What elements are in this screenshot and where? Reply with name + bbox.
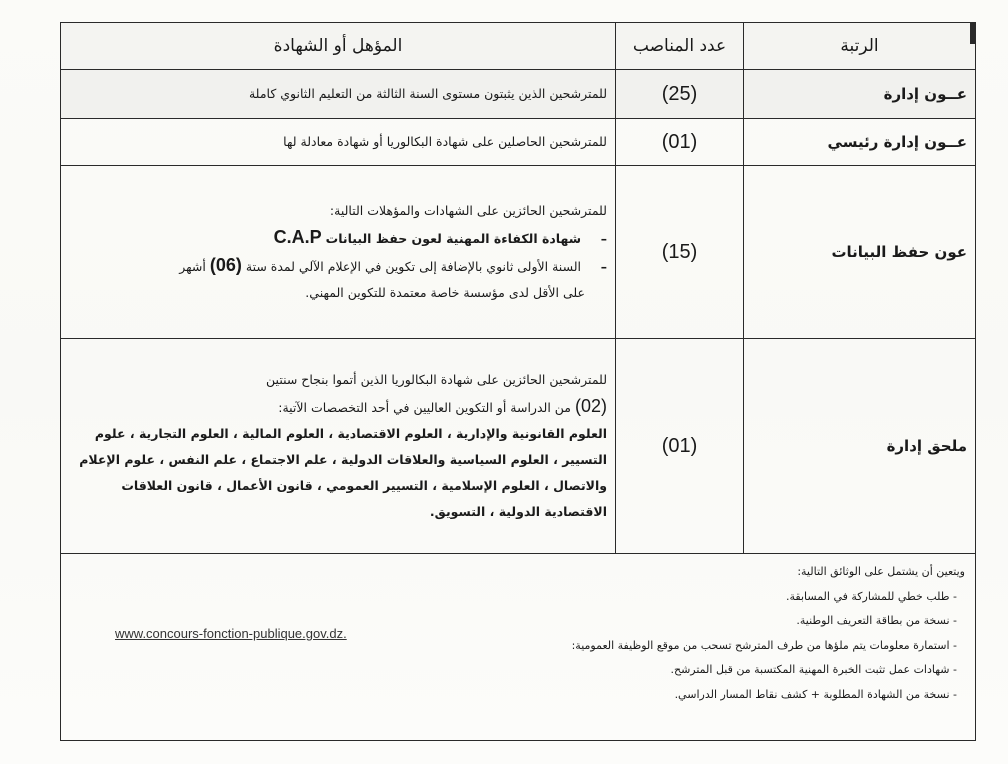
specialties-list: العلوم القانونية والإدارية ، العلوم الاق… (69, 421, 607, 525)
qualification-bullet: – السنة الأولى ثانوي بالإضافة إلى تكوين … (69, 252, 607, 280)
qualification-cell: للمترشحين الذين يثبتون مستوى السنة الثال… (61, 70, 616, 119)
qualification-cell: للمترشحين الحائزين على الشهادات والمؤهلا… (61, 166, 616, 339)
table-row: عــون إدارة (25) للمترشحين الذين يثبتون … (61, 70, 976, 119)
recruitment-table: الرتبة عدد المناصب المؤهل أو الشهادة عــ… (60, 22, 976, 741)
header-grade: الرتبة (744, 23, 976, 70)
qualification-intro: للمترشحين الحائزين على الشهادات والمؤهلا… (69, 198, 607, 224)
qualification-bullet: – شهادة الكفاءة المهنية لعون حفظ البيانا… (69, 224, 607, 252)
document-item: - نسخة من الشهادة المطلوبة + كشف نقاط ال… (61, 683, 965, 708)
qualification-cell: للمترشحين الحائزين على شهادة البكالوريا … (61, 339, 616, 554)
table-header-row: الرتبة عدد المناصب المؤهل أو الشهادة (61, 23, 976, 70)
document-item: - طلب خطي للمشاركة في المسابقة. (61, 585, 965, 610)
cap-code: C.A.P (274, 227, 322, 247)
qualification-line: للمترشحين الحائزين على شهادة البكالوريا … (69, 367, 607, 393)
grade-cell: عــون إدارة رئيسي (744, 119, 976, 166)
count-cell: (01) (616, 339, 744, 554)
document-item: - شهادات عمل تثبت الخبرة المهنية المكتسب… (61, 658, 965, 683)
grade-cell: عون حفظ البيانات (744, 166, 976, 339)
qualification-bullet-continuation: على الأقل لدى مؤسسة خاصة معتمدة للتكوين … (69, 280, 607, 306)
dash-bullet-icon: – (585, 226, 607, 252)
qualification-line: (02) من الدراسة أو التكوين العاليين في أ… (69, 393, 607, 421)
header-count: عدد المناصب (616, 23, 744, 70)
table-row: عون حفظ البيانات (15) للمترشحين الحائزين… (61, 166, 976, 339)
documents-cell: ويتعين أن يشتمل على الوثائق التالية: - ط… (61, 554, 976, 741)
count-cell: (25) (616, 70, 744, 119)
website-link[interactable]: www.concours-fonction-publique.gov.dz. (115, 626, 347, 641)
corner-mark (970, 22, 976, 44)
count-cell: (01) (616, 119, 744, 166)
header-qualification: المؤهل أو الشهادة (61, 23, 616, 70)
count-cell: (15) (616, 166, 744, 339)
qualification-cell: للمترشحين الحاصلين على شهادة البكالوريا … (61, 119, 616, 166)
dash-bullet-icon: – (585, 254, 607, 280)
documents-intro: ويتعين أن يشتمل على الوثائق التالية: (61, 560, 965, 585)
grade-cell: عــون إدارة (744, 70, 976, 119)
documents-row: ويتعين أن يشتمل على الوثائق التالية: - ط… (61, 554, 976, 741)
table-row: ملحق إدارة (01) للمترشحين الحائزين على ش… (61, 339, 976, 554)
grade-cell: ملحق إدارة (744, 339, 976, 554)
table-row: عــون إدارة رئيسي (01) للمترشحين الحاصلي… (61, 119, 976, 166)
